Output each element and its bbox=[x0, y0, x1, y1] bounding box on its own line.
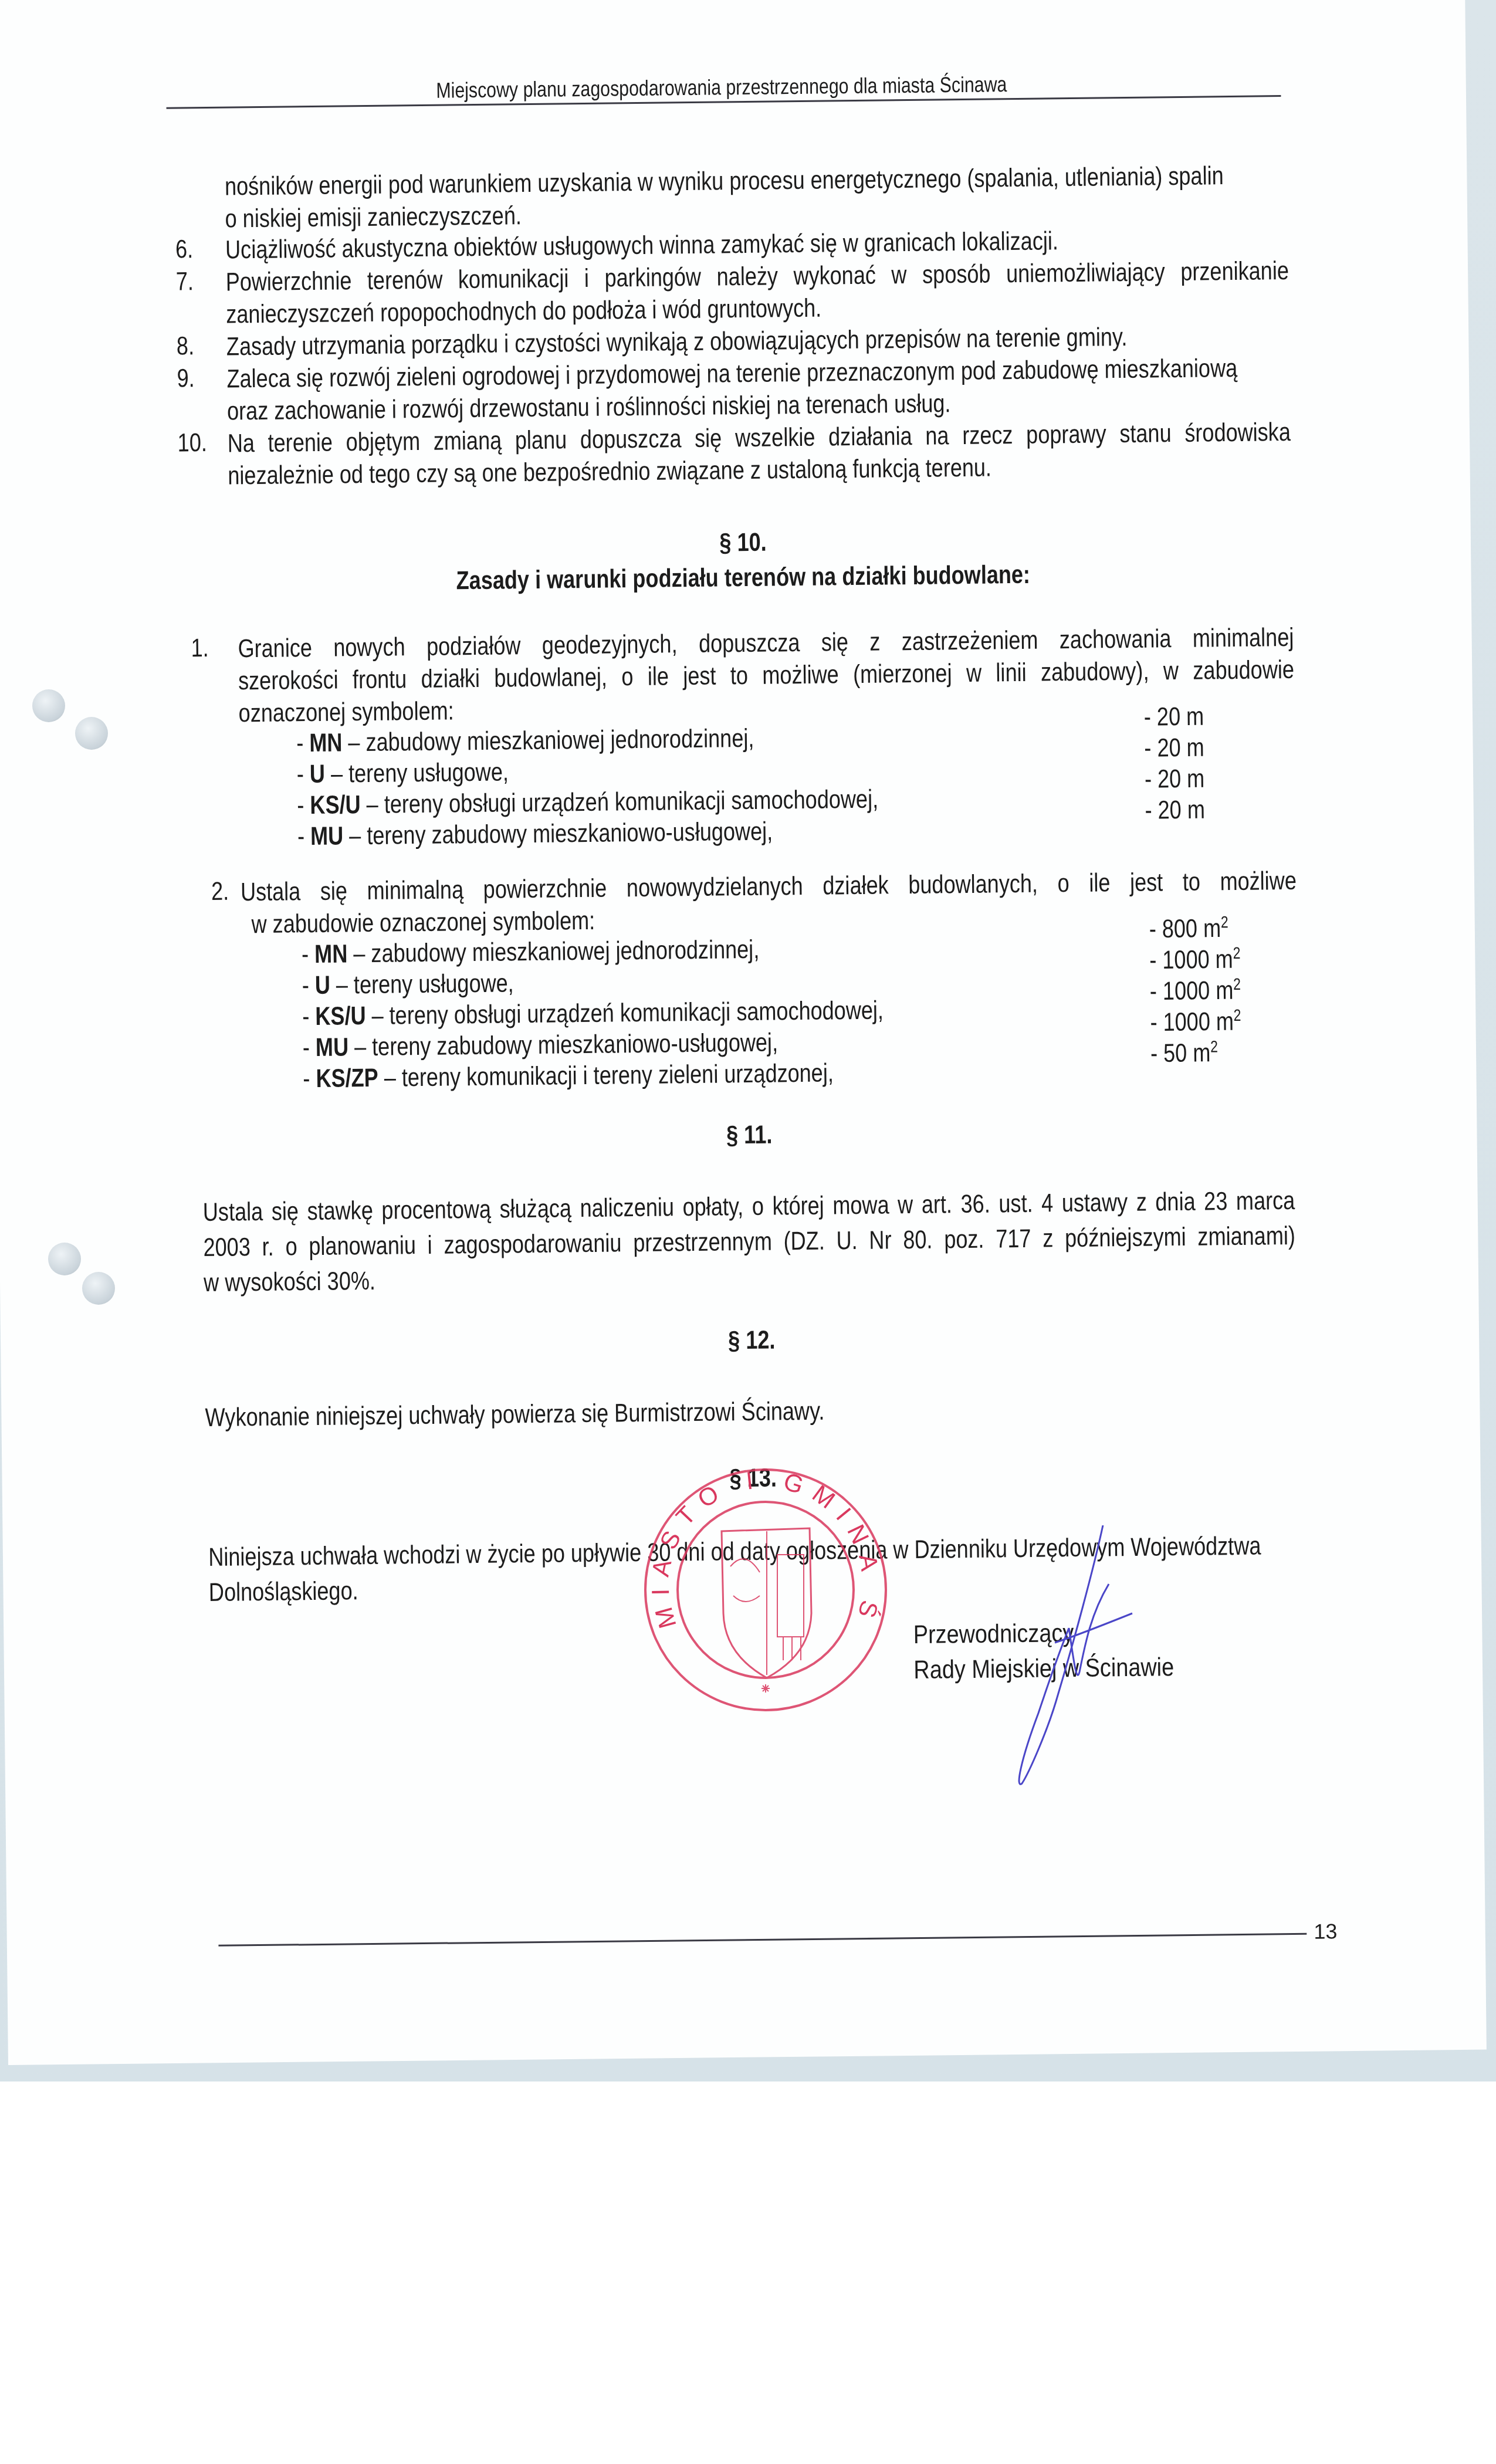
paragraph-line: nośników energii pod warunkiem uzyskania… bbox=[225, 160, 1224, 202]
paragraph-line: 2003 r. o planowaniu i zagospodarowaniu … bbox=[203, 1220, 1295, 1263]
paragraph-line: w zabudowie oznaczonej symbolem: bbox=[251, 905, 595, 940]
symbol-value: - 20 m bbox=[1144, 702, 1204, 732]
symbol-value: - 20 m bbox=[1144, 733, 1204, 763]
svg-text:MIASTO I GMINA ŚCINAWA: MIASTO I GMINA ŚCINAWA bbox=[637, 1461, 885, 1632]
paragraph-line: Ustala się minimalną powierzchnie nowowy… bbox=[241, 865, 1297, 908]
symbol-entry: - KS/ZP – tereny komunikacji i tereny zi… bbox=[303, 1057, 834, 1094]
list-number: 7. bbox=[175, 267, 194, 296]
symbol-entry: - U – tereny usługowe, bbox=[302, 967, 514, 1001]
document-content: Miejscowy planu zagospodarowania przestr… bbox=[0, 0, 1496, 2062]
paragraph-line: oznaczonej symbolem: bbox=[238, 695, 454, 729]
paragraph-line: Wykonanie niniejszej uchwały powierza si… bbox=[205, 1396, 824, 1433]
symbol-value: - 800 m2 bbox=[1149, 913, 1228, 944]
symbol-value: - 1000 m2 bbox=[1150, 975, 1241, 1006]
symbol-entry: - U – tereny usługowe, bbox=[297, 756, 509, 790]
section-heading: § 12. bbox=[4, 1318, 1496, 1363]
list-number: 1. bbox=[191, 634, 209, 663]
list-number: 9. bbox=[177, 364, 195, 393]
paragraph-line: Dolnośląskiego. bbox=[209, 1575, 358, 1608]
symbol-entry: - MU – tereny zabudowy mieszkaniowo-usłu… bbox=[297, 816, 773, 852]
symbol-entry: - KS/U – tereny obsługi urządzeń komunik… bbox=[297, 784, 878, 821]
symbol-value: - 20 m bbox=[1145, 764, 1205, 794]
footer-rule bbox=[218, 1933, 1307, 1947]
symbol-value: - 50 m2 bbox=[1150, 1037, 1219, 1068]
paragraph-line: o niskiej emisji zanieczyszczeń. bbox=[225, 200, 522, 234]
list-item: zanieczyszczeń ropopochodnych do podłoża… bbox=[226, 293, 821, 330]
list-number: 8. bbox=[177, 331, 195, 361]
symbol-entry: - MN – zabudowy mieszkaniowej jednorodzi… bbox=[296, 723, 754, 759]
list-item: niezależnie od tego czy są one bezpośred… bbox=[228, 452, 991, 491]
list-number: 2. bbox=[211, 877, 229, 906]
section-heading: § 11. bbox=[1, 1112, 1496, 1158]
page-number: 13 bbox=[1314, 1919, 1337, 1944]
paragraph-line: w wysokości 30%. bbox=[204, 1265, 375, 1298]
symbol-value: - 1000 m2 bbox=[1149, 944, 1241, 975]
official-stamp-icon: MIASTO I GMINA ŚCINAWA bbox=[637, 1461, 895, 1719]
symbol-entry: - MN – zabudowy mieszkaniowej jednorodzi… bbox=[302, 934, 760, 970]
symbol-entry: - MU – tereny zabudowy mieszkaniowo-usłu… bbox=[303, 1027, 779, 1063]
list-number: 10. bbox=[177, 428, 207, 458]
list-number: 6. bbox=[175, 235, 194, 264]
symbol-value: - 1000 m2 bbox=[1150, 1006, 1241, 1037]
symbol-value: - 20 m bbox=[1145, 796, 1205, 825]
symbol-entry: - KS/U – tereny obsługi urządzeń komunik… bbox=[302, 995, 884, 1033]
handwritten-signature bbox=[986, 1525, 1162, 1795]
